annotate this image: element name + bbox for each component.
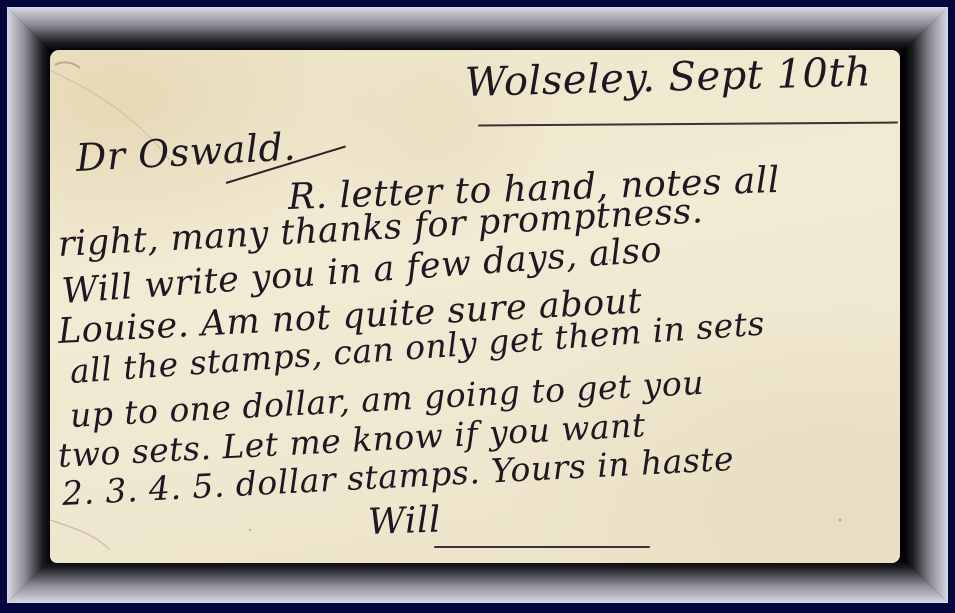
header-underline bbox=[478, 122, 898, 127]
bevel-left-edge bbox=[7, 7, 51, 603]
bevel-right-edge bbox=[904, 7, 948, 603]
picture-frame: Wolseley. Sept 10th Dr Oswald. R. letter… bbox=[0, 0, 955, 613]
signature: Will bbox=[367, 499, 441, 543]
bevel-bottom-edge bbox=[7, 559, 948, 603]
bevel-top-edge bbox=[7, 7, 948, 51]
signature-underline bbox=[434, 546, 650, 548]
postcard: Wolseley. Sept 10th Dr Oswald. R. letter… bbox=[50, 50, 900, 563]
place-and-date: Wolseley. Sept 10th bbox=[464, 50, 871, 106]
